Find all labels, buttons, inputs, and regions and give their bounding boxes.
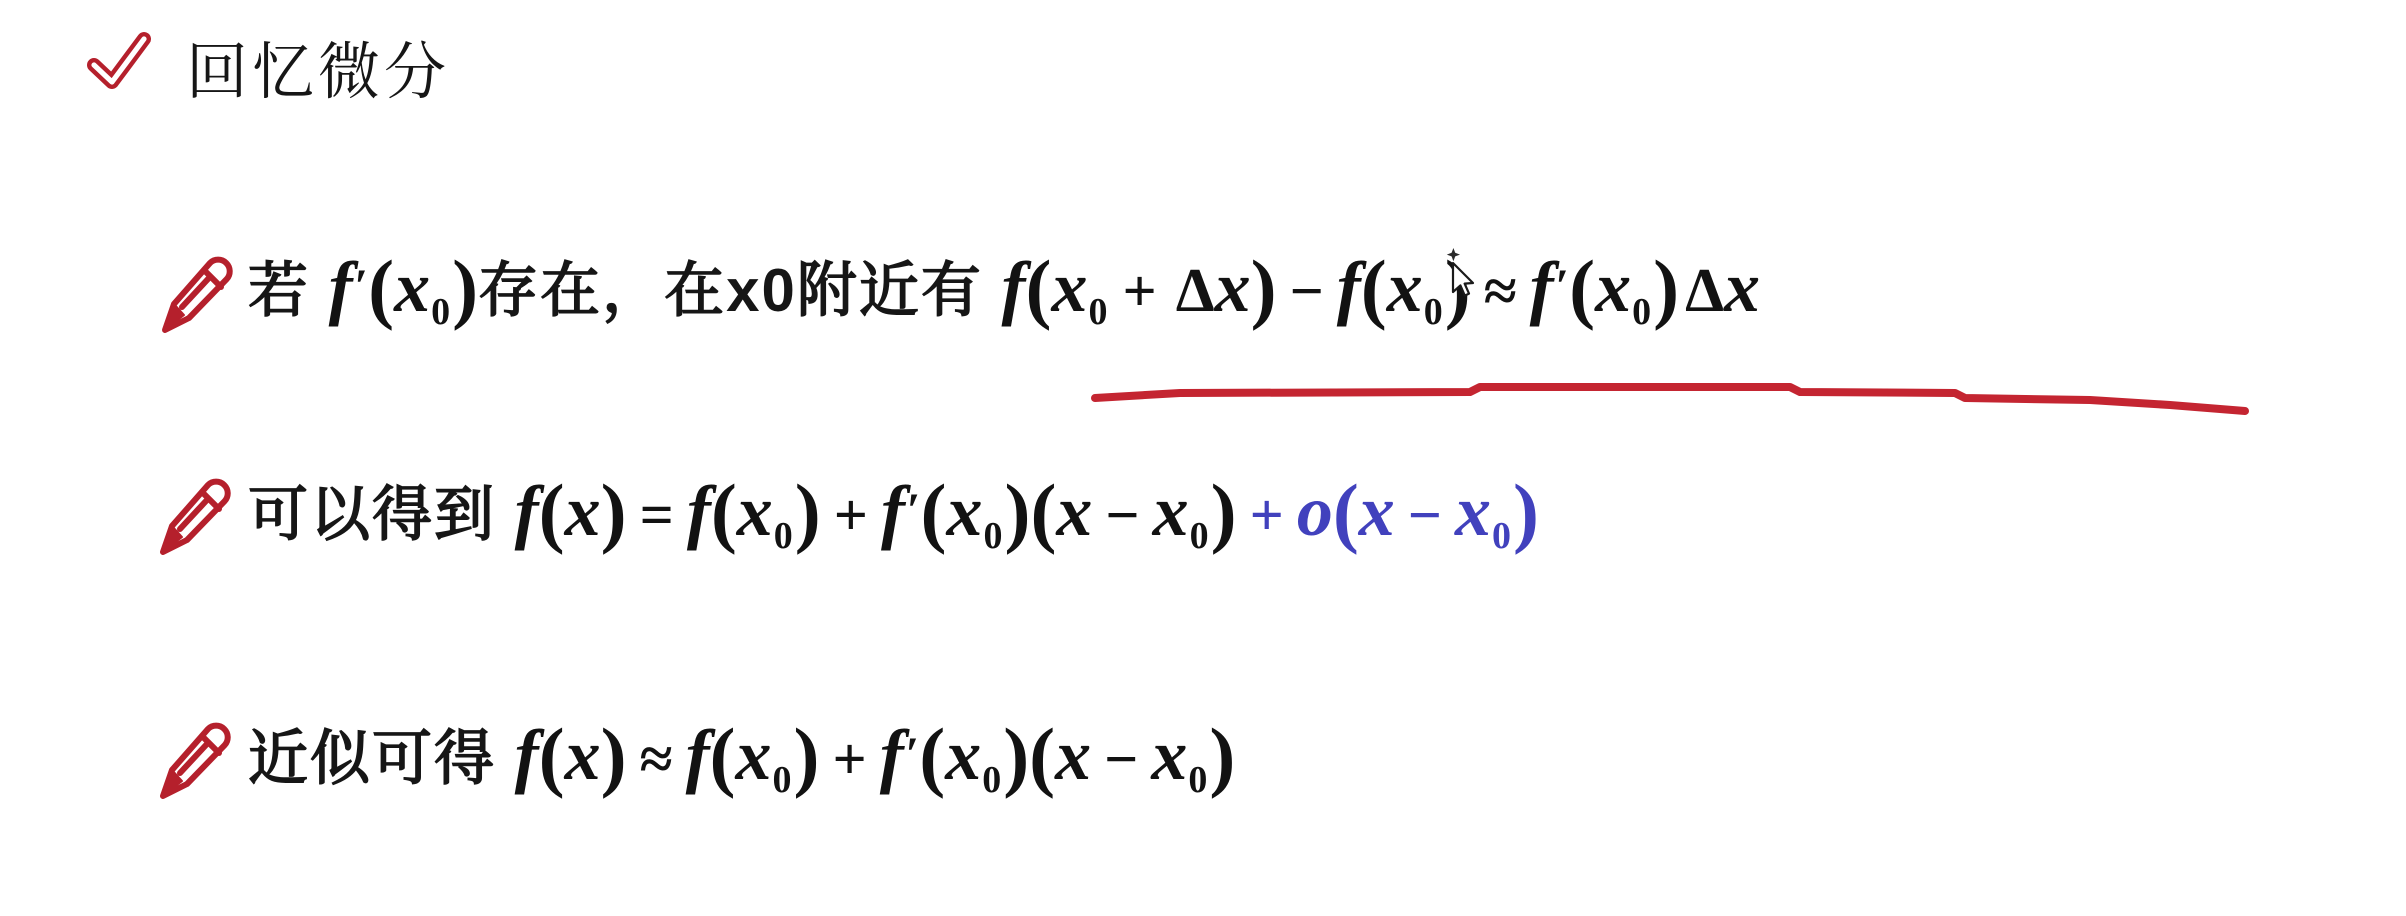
formula-segment: (: [1361, 244, 1387, 331]
formula-segment: ): [1513, 468, 1539, 555]
formula-segment: 存在，在x0附近有: [478, 257, 1001, 324]
formula-segment: x: [1215, 247, 1251, 327]
formula-segment: x: [1387, 247, 1423, 327]
formula-segment: f: [329, 247, 353, 327]
formula-segment: 0: [1089, 291, 1108, 333]
formula-segment: 若: [248, 257, 329, 324]
formula-segment: ): [601, 468, 627, 555]
formula-segment: f: [1337, 247, 1361, 327]
formula-segment: ): [1251, 244, 1277, 331]
formula-segment: x: [1151, 715, 1187, 795]
formula-segment: f: [881, 471, 905, 551]
formula-segment: x: [1153, 471, 1189, 551]
formula-segment: (: [711, 468, 737, 555]
formula-segment: 近似可得: [248, 725, 515, 792]
formula-segment: 可以得到: [248, 481, 515, 548]
formula-segment: 0: [1190, 515, 1209, 557]
formula-segment: 0: [982, 759, 1001, 801]
formula-segment: +: [833, 726, 867, 792]
formula-segment: (: [920, 468, 946, 555]
formula-segment: f: [515, 471, 539, 551]
formula-segment: ): [1211, 468, 1237, 555]
formula-segment: x: [736, 715, 772, 795]
mouse-cursor: [1441, 247, 1477, 299]
formula-segment: ): [1653, 244, 1679, 331]
formula-segment: ): [452, 244, 478, 331]
formula-segment: ′: [1556, 260, 1570, 313]
formula-segment: x: [945, 715, 981, 795]
formula-segment: f: [515, 715, 539, 795]
formula-segment: (: [368, 244, 394, 331]
formula-segment: +: [1250, 482, 1284, 548]
formula-segment: Δ: [1685, 257, 1724, 325]
formula-segment: o: [1297, 471, 1333, 551]
formula-segment: Δ: [1176, 257, 1215, 325]
formula-segment: f: [686, 715, 710, 795]
formula-segment: x: [737, 471, 773, 551]
formula-segment: ): [794, 712, 820, 799]
formula-segment: −: [1105, 482, 1139, 548]
formula-segment: +: [1123, 258, 1157, 324]
formula-segment: (: [539, 712, 565, 799]
formula-segment: ): [795, 468, 821, 555]
formula-segment: (: [1030, 468, 1056, 555]
formula-segment: ′: [906, 728, 920, 781]
formula-segment: +: [834, 482, 868, 548]
formula-segment: f: [880, 715, 904, 795]
formula-segment: −: [1408, 482, 1442, 548]
formula-segment: f: [1530, 247, 1554, 327]
formula-segment: x: [394, 247, 430, 327]
formula-segment: ): [1004, 468, 1030, 555]
formula-segment: (: [1029, 712, 1055, 799]
formula-segment: 0: [1492, 515, 1511, 557]
formula-segment: 0: [773, 759, 792, 801]
bullet-formula-expansion-little-o: 可以得到 f(x)=f(x0)+f′(x0)(x−x0)+o(x−x0): [248, 454, 1539, 568]
formula-segment: ): [1003, 712, 1029, 799]
formula-segment: (: [1569, 244, 1595, 331]
formula-segment: f: [687, 471, 711, 551]
formula-segment: x: [1595, 247, 1631, 327]
arrow-pointer-icon: [1453, 263, 1473, 296]
formula-segment: (: [710, 712, 736, 799]
formula-segment: f: [1002, 247, 1026, 327]
pencil-icon: [150, 246, 234, 340]
formula-segment: 0: [1424, 291, 1443, 333]
slide: 回忆微分 若 f′(x0)存在，在x0附近有 f(x0+Δx)−f(x0)≈f′…: [0, 0, 2406, 916]
formula-segment: 0: [1188, 759, 1207, 801]
formula-segment: ≈: [1484, 258, 1517, 324]
formula-segment: −: [1104, 726, 1138, 792]
formula-segment: x: [1359, 471, 1395, 551]
formula-segment: ≈: [640, 726, 673, 792]
formula-segment: (: [919, 712, 945, 799]
formula-segment: (: [1333, 468, 1359, 555]
bullet-formula-linear-approximation: 近似可得 f(x)≈f(x0)+f′(x0)(x−x0): [248, 698, 1235, 812]
formula-segment: 0: [1632, 291, 1651, 333]
formula-segment: x: [946, 471, 982, 551]
formula-segment: −: [1290, 258, 1324, 324]
formula-segment: 0: [431, 291, 450, 333]
pencil-icon: [148, 468, 232, 562]
formula-segment: x: [1055, 715, 1091, 795]
formula-segment: 0: [983, 515, 1002, 557]
formula-segment: 0: [774, 515, 793, 557]
pencil-icon: [148, 712, 232, 806]
page-title: 回忆微分: [186, 22, 450, 111]
underline-stroke: [1095, 387, 2245, 411]
formula-segment: ): [601, 712, 627, 799]
checkmark-icon: [82, 26, 156, 94]
formula-segment: x: [1455, 471, 1491, 551]
formula-segment: ): [1209, 712, 1235, 799]
formula-segment: =: [640, 482, 674, 548]
formula-segment: x: [1056, 471, 1092, 551]
formula-segment: (: [539, 468, 565, 555]
formula-segment: ′: [355, 260, 369, 313]
formula-segment: x: [1052, 247, 1088, 327]
formula-segment: ′: [907, 484, 921, 537]
formula-segment: x: [1724, 247, 1760, 327]
red-underline-annotation: [1085, 380, 2265, 424]
formula-segment: x: [565, 715, 601, 795]
formula-segment: x: [565, 471, 601, 551]
sparkle-icon: [1447, 248, 1460, 261]
formula-segment: (: [1026, 244, 1052, 331]
bullet-formula-differential-exists: 若 f′(x0)存在，在x0附近有 f(x0+Δx)−f(x0)≈f′(x0)Δ…: [248, 230, 1760, 344]
